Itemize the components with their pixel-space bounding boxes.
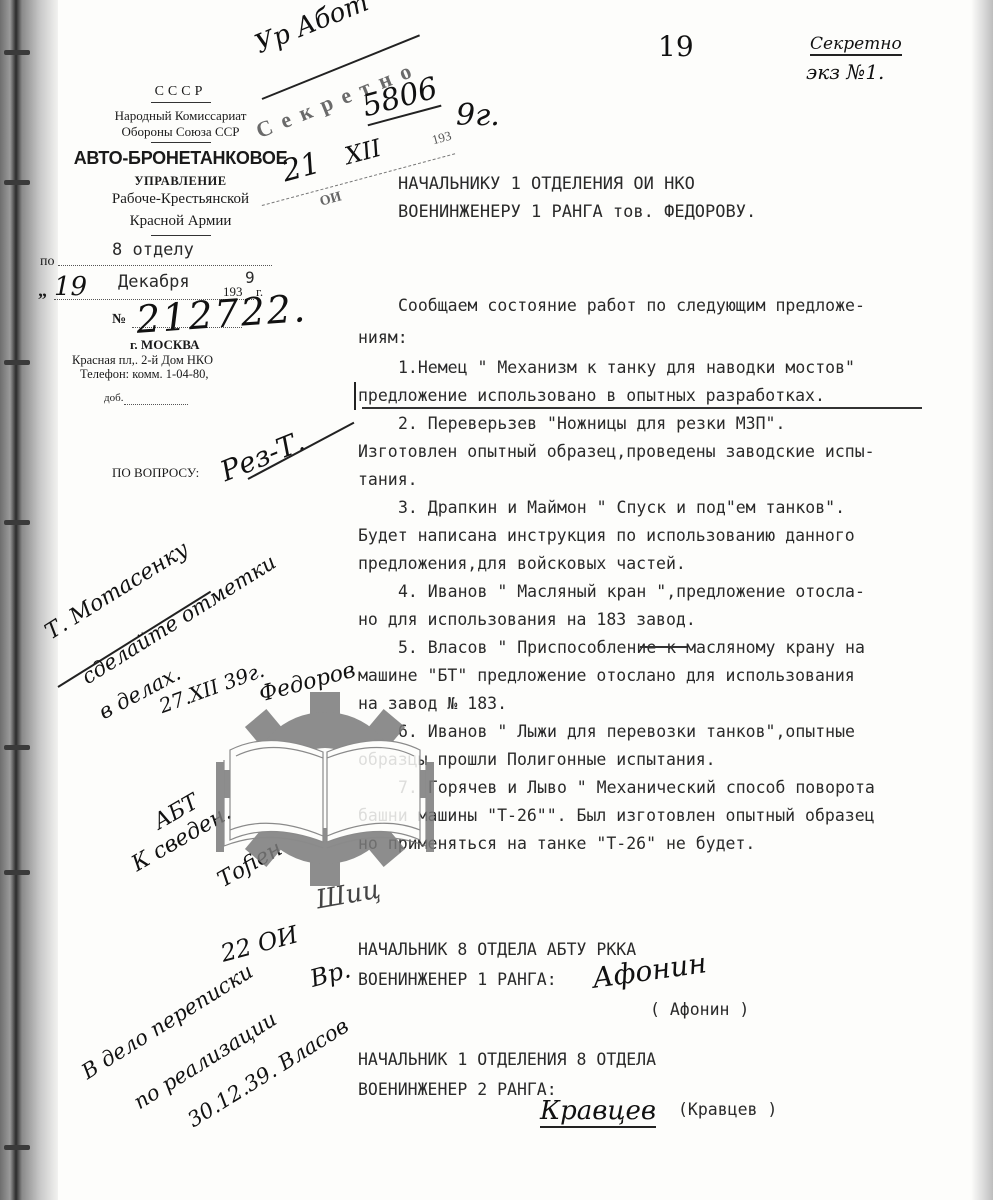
margin-note4-sign: Вр. [307,955,354,993]
letterhead-army-2: Красной Армии [58,212,303,231]
page-right-edge [971,0,993,1200]
signer1-rank: ВОЕНИНЖЕНЕР 1 РАНГА: [358,970,557,989]
proposal-item-text: предложения,для войсковых частей. [358,554,686,573]
page-binding [0,0,58,1200]
copy-number-note: экз №1. [806,60,884,84]
date-month: Декабря [118,272,190,292]
proposal-item-heading: 5. Власов " Приспособление к масляному к… [398,638,865,657]
letterhead-divider [151,235,211,236]
dept-prefix: по [40,254,55,270]
proposal-item-heading: 6. Иванов " Лыжи для перевозки танков",о… [398,722,855,741]
binding-stitch [4,870,30,875]
number-prefix: № [112,312,126,328]
proposal-item-heading: 4. Иванов " Масляный кран ",предложение … [398,582,865,601]
dept-field-line [58,264,272,266]
date-year-digit: 9 [245,268,255,287]
letterhead-ext: доб. [104,392,123,404]
proposal-item-heading: 2. Переверьзев "Ножницы для резки МЗП". [398,414,785,433]
stamp-year-prefix: 193 [430,128,453,149]
proposal-item-text: предложение использовано в опытных разра… [358,386,825,405]
proposal-item-text: но для использования на 183 завод. [358,610,696,629]
proposal-item-heading: 7. Горячев и Лыво " Механический способ … [398,778,875,797]
gear-book-logo-icon [210,690,440,890]
classification-note: Секретно [810,34,902,56]
signer2-name: (Кравцев ) [678,1100,777,1119]
binding-stitch [4,50,30,55]
signer1-title: НАЧАЛЬНИК 8 ОТДЕЛА АБТУ РККА [358,940,636,959]
signer2-title: НАЧАЛЬНИК 1 ОТДЕЛЕНИЯ 8 ОТДЕЛА [358,1050,656,1069]
signer2-signature: Кравцев [540,1096,656,1128]
letterhead-army-1: Рабоче-Крестьянской [58,190,303,209]
margin-note5-line1: В дело переписки [77,959,257,1084]
letterhead-address: Красная пл,. 2-й Дом НКО [72,353,213,368]
proposal-item-text: тания. [358,470,418,489]
binding-stitch [4,745,30,750]
proposal-item-heading: 3. Драпкин и Маймон " Спуск и под"ем тан… [398,498,845,517]
stamp-month: XII [342,134,384,170]
proposal-item-text: машине "БТ" предложение отослано для исп… [358,666,855,685]
binding-stitch [4,1145,30,1150]
subject-value: Рез-Т. [216,425,310,488]
addressee-line2: ВОЕНИНЖЕНЕРУ 1 РАНГА тов. ФЕДОРОВУ. [398,202,756,222]
ext-field-line [124,403,188,405]
addressee-line1: НАЧАЛЬНИКУ 1 ОТДЕЛЕНИЯ ОИ НКО [398,174,695,194]
binding-stitch [4,520,30,525]
letterhead-divider [151,102,211,103]
item1-underline [362,406,922,409]
stamp-year-digit: 9г. [456,98,500,133]
body-intro-line1: Сообщаем состояние работ по следующим пр… [398,296,865,315]
binding-stitch [4,360,30,365]
signer1-name: ( Афонин ) [650,1000,749,1019]
letterhead-divider [151,142,211,143]
proposal-item-text: Изготовлен опытный образец,проведены зав… [358,442,875,461]
letterhead-phone: Телефон: комм. 1-04-80, [80,367,209,382]
letterhead-directorate-sub: УПРАВЛЕНИЕ [58,174,303,189]
proposal-item-text: Будет написана инструкция по использован… [358,526,855,545]
dept-value: 8 отделу [112,240,194,260]
letterhead-directorate: АВТО-БРОНЕТАНКОВОЕ [58,148,303,169]
margin-note4-num: 22 ОИ [218,920,301,967]
signer2-rank: ВОЕНИНЖЕНЕР 2 РАНГА: [358,1080,557,1099]
stamp-dept: ОИ [318,189,343,210]
letterhead-city: г. МОСКВА [130,337,200,353]
item1-margin-mark [354,382,356,410]
page-number: 19 [658,30,694,63]
body-intro-line2: ниям: [358,328,408,347]
subject-label: ПО ВОПРОСУ: [112,465,199,481]
resolution-top: Ур Абот [251,0,373,60]
number-value: 212722. [135,286,309,342]
binding-stitch [4,180,30,185]
date-quote: „ [38,280,47,301]
proposal-item-heading: 1.Немец " Механизм к танку для наводки м… [398,358,855,377]
item4-underline [640,645,688,648]
